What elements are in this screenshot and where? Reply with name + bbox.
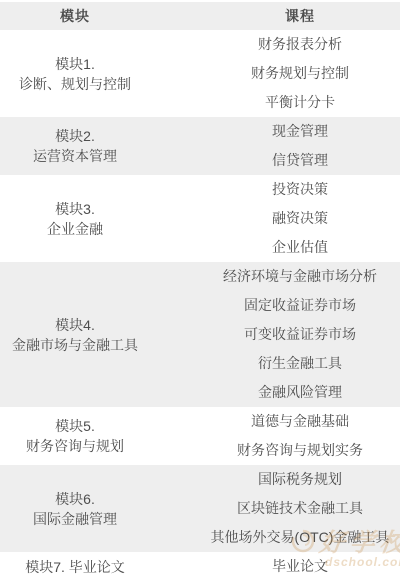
course-item: 衍生金融工具 (200, 349, 400, 378)
courses-cell: 道德与金融基础 财务咨询与规划实务 (150, 407, 400, 465)
table-row: 模块6. 国际金融管理 国际税务规划 区块链技术金融工具 其他场外交易(OTC)… (0, 465, 400, 552)
course-item: 经济环境与金融市场分析 (200, 262, 400, 291)
course-item: 固定收益证券市场 (200, 291, 400, 320)
module-label-line1: 模块1. (55, 54, 95, 74)
module-label-line2: 运营资本管理 (33, 146, 117, 166)
module-label-line2: 财务咨询与规划 (26, 436, 124, 456)
module-column-header: 模块 (0, 2, 150, 30)
course-item: 投资决策 (200, 175, 400, 204)
table-header-row: 模块 课程 (0, 2, 400, 30)
module-label-line1: 模块6. (55, 489, 95, 509)
module-label-line2: 诊断、规划与控制 (19, 74, 131, 94)
module-cell: 模块1. 诊断、规划与控制 (0, 30, 150, 117)
course-item: 可变收益证券市场 (200, 320, 400, 349)
courses-cell: 毕业论文 (150, 552, 400, 579)
courses-cell: 投资决策 融资决策 企业估值 (150, 175, 400, 262)
module-cell: 模块6. 国际金融管理 (0, 465, 150, 552)
course-item: 区块链技术金融工具 (200, 494, 400, 523)
courses-cell: 国际税务规划 区块链技术金融工具 其他场外交易(OTC)金融工具 (150, 465, 400, 552)
course-item: 企业估值 (200, 233, 400, 262)
course-item: 国际税务规划 (200, 465, 400, 494)
course-item: 财务咨询与规划实务 (200, 436, 400, 465)
courses-cell: 财务报表分析 财务规划与控制 平衡计分卡 (150, 30, 400, 117)
module-label-line1: 模块7. 毕业论文 (25, 557, 125, 577)
module-label-line2: 国际金融管理 (33, 509, 117, 529)
module-label-line2: 企业金融 (47, 219, 103, 239)
module-cell: 模块7. 毕业论文 (0, 552, 150, 579)
courses-cell: 现金管理 信贷管理 (150, 117, 400, 175)
courses-cell: 经济环境与金融市场分析 固定收益证券市场 可变收益证券市场 衍生金融工具 金融风… (150, 262, 400, 407)
table-row: 模块7. 毕业论文 毕业论文 (0, 552, 400, 579)
table-row: 模块1. 诊断、规划与控制 财务报表分析 财务规划与控制 平衡计分卡 (0, 30, 400, 117)
course-item: 财务规划与控制 (200, 59, 400, 88)
course-item: 现金管理 (200, 117, 400, 146)
module-label-line1: 模块5. (55, 416, 95, 436)
course-table: 模块 课程 模块1. 诊断、规划与控制 财务报表分析 财务规划与控制 平衡计分卡… (0, 0, 400, 579)
table-row: 模块4. 金融市场与金融工具 经济环境与金融市场分析 固定收益证券市场 可变收益… (0, 262, 400, 407)
table-row: 模块5. 财务咨询与规划 道德与金融基础 财务咨询与规划实务 (0, 407, 400, 465)
course-item: 融资决策 (200, 204, 400, 233)
module-cell: 模块4. 金融市场与金融工具 (0, 262, 150, 407)
course-item: 道德与金融基础 (200, 407, 400, 436)
module-label-line1: 模块2. (55, 126, 95, 146)
course-item: 毕业论文 (200, 552, 400, 579)
table-row: 模块2. 运营资本管理 现金管理 信贷管理 (0, 117, 400, 175)
module-label-line2: 金融市场与金融工具 (12, 335, 138, 355)
module-cell: 模块5. 财务咨询与规划 (0, 407, 150, 465)
course-item: 金融风险管理 (200, 378, 400, 407)
module-label-line1: 模块4. (55, 315, 95, 335)
course-column-header: 课程 (150, 2, 400, 30)
course-table-page: 模块 课程 模块1. 诊断、规划与控制 财务报表分析 财务规划与控制 平衡计分卡… (0, 0, 400, 579)
course-item: 信贷管理 (200, 146, 400, 175)
course-item: 财务报表分析 (200, 30, 400, 59)
course-item: 平衡计分卡 (200, 88, 400, 117)
table-row: 模块3. 企业金融 投资决策 融资决策 企业估值 (0, 175, 400, 262)
module-cell: 模块3. 企业金融 (0, 175, 150, 262)
course-item: 其他场外交易(OTC)金融工具 (200, 523, 400, 552)
module-label-line1: 模块3. (55, 199, 95, 219)
module-cell: 模块2. 运营资本管理 (0, 117, 150, 175)
